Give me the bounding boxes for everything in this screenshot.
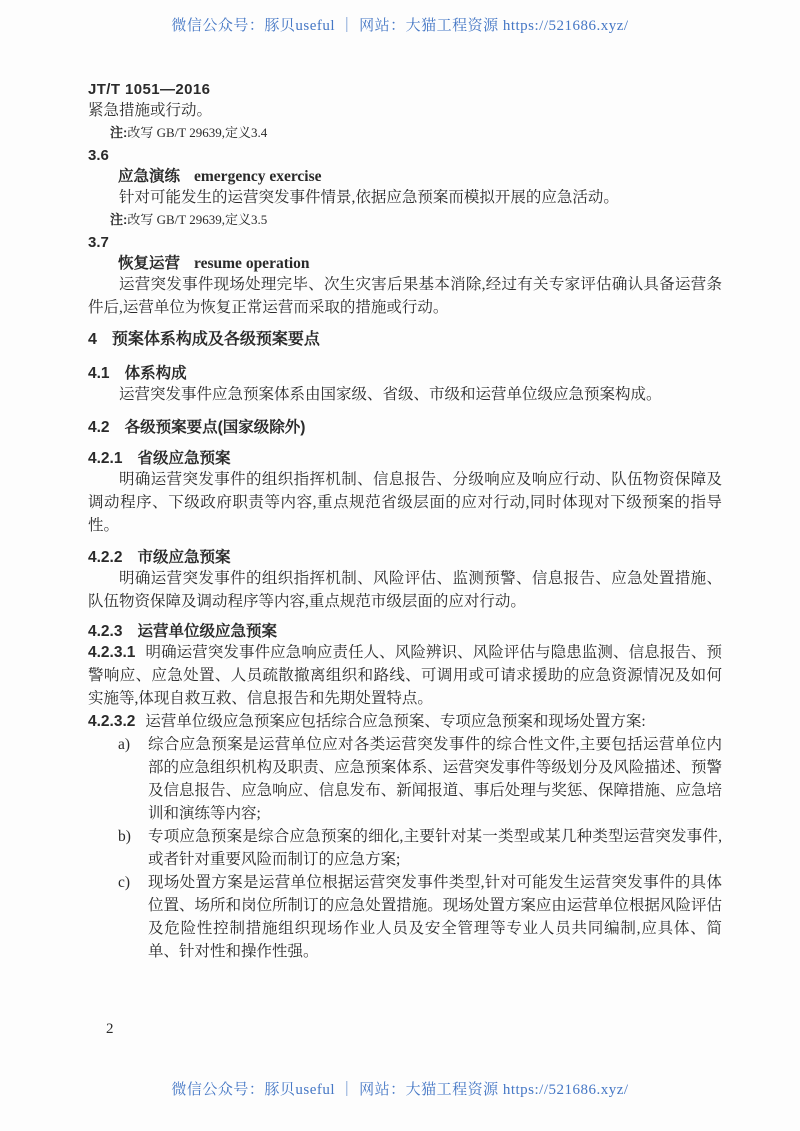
section-heading-4-2: 4.2各级预案要点(国家级除外) bbox=[88, 419, 722, 437]
section-heading-4-2-1: 4.2.1省级应急预案 bbox=[88, 450, 722, 468]
definition-3-7: 运营突发事件现场处理完毕、次生灾害后果基本消除,经过有关专家评估确认具备运营条件… bbox=[88, 273, 722, 319]
footer-banner: 微信公众号：豚贝useful ｜ 网站：大猫工程资源 https://52168… bbox=[0, 1078, 800, 1099]
section-number: 4.2.3 bbox=[88, 623, 122, 640]
section-heading-4-2-2: 4.2.2市级应急预案 bbox=[88, 549, 722, 567]
section-title: 市级应急预案 bbox=[137, 549, 230, 566]
clause-text: 明确运营突发事件应急响应责任人、风险辨识、风险评估与隐患监测、信息报告、预警响应… bbox=[88, 644, 722, 707]
standard-number: JT/T 1051—2016 bbox=[88, 81, 722, 99]
paragraph-4-2-1: 明确运营突发事件的组织指挥机制、信息报告、分级响应及响应行动、队伍物资保障及调动… bbox=[88, 468, 722, 537]
document-page: 微信公众号：豚贝useful ｜ 网站：大猫工程资源 https://52168… bbox=[0, 0, 800, 1131]
term-en: resume operation bbox=[194, 255, 310, 272]
section-heading-4: 4预案体系构成及各级预案要点 bbox=[88, 331, 722, 349]
section-title: 体系构成 bbox=[125, 365, 187, 382]
term-heading-3-6: 应急演练emergency exercise bbox=[88, 168, 722, 186]
section-number: 4 bbox=[88, 331, 97, 348]
term-heading-3-7: 恢复运营resume operation bbox=[88, 255, 722, 273]
note-text: 改写 GB/T 29639,定义3.5 bbox=[127, 212, 267, 227]
note-label: 注: bbox=[110, 125, 127, 140]
list-text: 综合应急预案是运营单位应对各类运营突发事件的综合性文件,主要包括运营单位内部的应… bbox=[148, 733, 722, 825]
note-label: 注: bbox=[110, 212, 127, 227]
section-title: 预案体系构成及各级预案要点 bbox=[112, 331, 320, 348]
section-title: 省级应急预案 bbox=[137, 450, 230, 467]
clause-number: 4.2.3.2 bbox=[88, 713, 135, 730]
paragraph-4-1: 运营突发事件应急预案体系由国家级、省级、市级和运营单位级应急预案构成。 bbox=[88, 383, 722, 406]
section-number: 4.1 bbox=[88, 365, 110, 382]
clause-number-3-6: 3.6 bbox=[88, 147, 722, 165]
paragraph-4-2-2: 明确运营突发事件的组织指挥机制、风险评估、监测预警、信息报告、应急处置措施、队伍… bbox=[88, 567, 722, 613]
list-text: 现场处置方案是运营单位根据运营突发事件类型,针对可能发生运营突发事件的具体位置、… bbox=[148, 871, 722, 963]
page-content: JT/T 1051—2016 紧急措施或行动。 注:改写 GB/T 29639,… bbox=[88, 81, 722, 963]
section-title: 各级预案要点(国家级除外) bbox=[125, 419, 306, 436]
list-marker: c) bbox=[118, 871, 148, 963]
paragraph-4-2-3-2: 4.2.3.2运营单位级应急预案应包括综合应急预案、专项应急预案和现场处置方案: bbox=[88, 710, 722, 733]
clause-text: 运营单位级应急预案应包括综合应急预案、专项应急预案和现场处置方案: bbox=[145, 713, 645, 730]
note-3-5: 注:改写 GB/T 29639,定义3.5 bbox=[110, 211, 722, 229]
section-title: 运营单位级应急预案 bbox=[137, 623, 277, 640]
carryover-paragraph: 紧急措施或行动。 bbox=[88, 99, 722, 122]
list-item-c: c) 现场处置方案是运营单位根据运营突发事件类型,针对可能发生运营突发事件的具体… bbox=[118, 871, 722, 963]
clause-number-3-7: 3.7 bbox=[88, 234, 722, 252]
list-item-a: a) 综合应急预案是运营单位应对各类运营突发事件的综合性文件,主要包括运营单位内… bbox=[118, 733, 722, 825]
definition-3-6: 针对可能发生的运营突发事件情景,依据应急预案而模拟开展的应急活动。 bbox=[88, 186, 722, 209]
clause-number: 4.2.3.1 bbox=[88, 644, 135, 661]
section-heading-4-2-3: 4.2.3运营单位级应急预案 bbox=[88, 623, 722, 641]
note-3-4: 注:改写 GB/T 29639,定义3.4 bbox=[110, 124, 722, 142]
list-item-b: b) 专项应急预案是综合应急预案的细化,主要针对某一类型或某几种类型运营突发事件… bbox=[118, 825, 722, 871]
term-en: emergency exercise bbox=[194, 168, 322, 185]
list-marker: a) bbox=[118, 733, 148, 825]
list-marker: b) bbox=[118, 825, 148, 871]
section-heading-4-1: 4.1体系构成 bbox=[88, 365, 722, 383]
list-text: 专项应急预案是综合应急预案的细化,主要针对某一类型或某几种类型运营突发事件,或者… bbox=[148, 825, 722, 871]
page-number: 2 bbox=[106, 1020, 114, 1038]
paragraph-4-2-3-1: 4.2.3.1明确运营突发事件应急响应责任人、风险辨识、风险评估与隐患监测、信息… bbox=[88, 641, 722, 710]
section-number: 4.2 bbox=[88, 419, 110, 436]
section-number: 4.2.1 bbox=[88, 450, 122, 467]
section-number: 4.2.2 bbox=[88, 549, 122, 566]
term-zh: 恢复运营 bbox=[118, 255, 180, 272]
header-banner: 微信公众号：豚贝useful ｜ 网站：大猫工程资源 https://52168… bbox=[0, 0, 800, 35]
note-text: 改写 GB/T 29639,定义3.4 bbox=[127, 125, 267, 140]
term-zh: 应急演练 bbox=[118, 168, 180, 185]
